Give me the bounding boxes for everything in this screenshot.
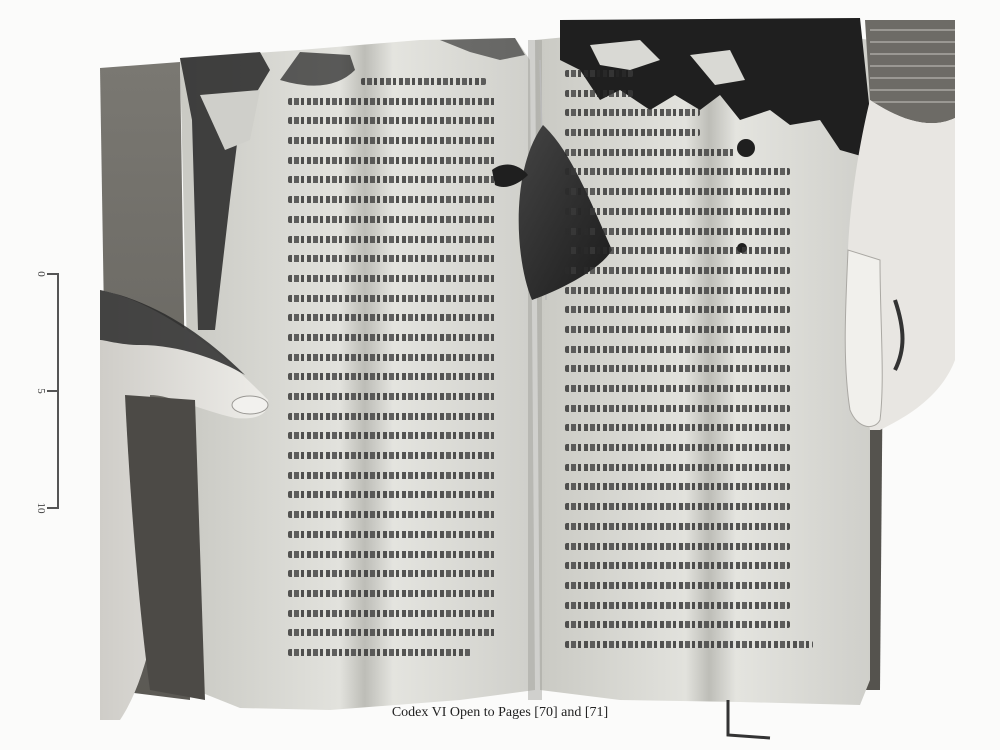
- scale-label-10: 10: [35, 501, 47, 515]
- scale-tick-10: [47, 507, 58, 509]
- figure-caption: Codex VI Open to Pages [70] and [71]: [0, 705, 1000, 721]
- scale-label-5: 5: [35, 384, 47, 398]
- right-page-text: [565, 70, 790, 661]
- scale-label-0: 0: [35, 267, 47, 281]
- left-page-text: [288, 78, 496, 669]
- codex-photograph: [0, 0, 1000, 750]
- scale-bar: 0 5 10: [30, 265, 70, 515]
- scale-tick-5: [47, 390, 58, 392]
- scale-tick-0: [47, 273, 58, 275]
